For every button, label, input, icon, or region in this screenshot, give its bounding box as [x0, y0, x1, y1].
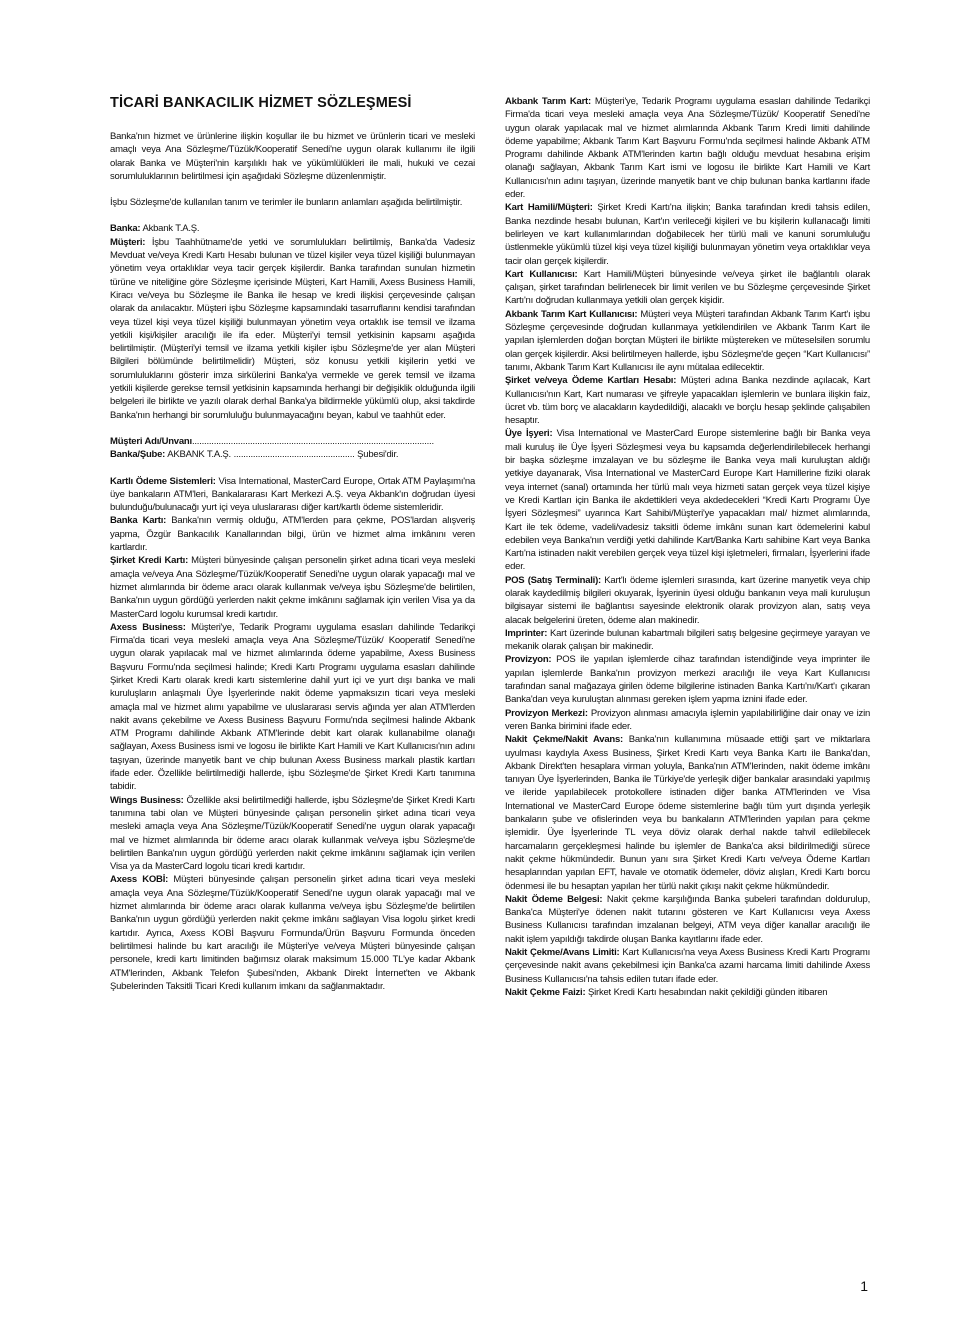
bank-branch-label: Banka/Şube: — [110, 449, 165, 460]
definition-text: Banka'nın kullanımına müsaade ettiği şar… — [505, 734, 870, 891]
left-column: TİCARİ BANKACILIK HİZMET SÖZLEŞMESİ Bank… — [110, 95, 475, 993]
definition-term: Axess Business: — [110, 622, 186, 633]
definitions-heading: İşbu Sözleşme'de kullanılan tanım ve ter… — [110, 196, 475, 209]
definition-term: Şirket Kredi Kartı: — [110, 555, 188, 566]
page-number: 1 — [860, 1278, 868, 1294]
bank-branch-suffix: Şubesi'dir. — [357, 449, 398, 460]
document-page: TİCARİ BANKACILIK HİZMET SÖZLEŞMESİ Bank… — [110, 95, 870, 999]
definition-pos-satis-terminali: POS (Satış Terminali): Kart'lı ödeme işl… — [505, 574, 870, 627]
definition-text: Visa International ve MasterCard Europe … — [505, 428, 870, 572]
definition-term: POS (Satış Terminali): — [505, 575, 601, 586]
definition-term: Akbank Tarım Kart Kullanıcısı: — [505, 309, 637, 320]
definition-kart-hamili-musteri: Kart Hamili/Müşteri: Şirket Kredi Kartı'… — [505, 201, 870, 267]
definition-term: Imprinter: — [505, 628, 547, 639]
definition-term: Nakit Çekme Faizi: — [505, 987, 585, 998]
definition-term: Şirket ve/veya Ödeme Kartları Hesabı: — [505, 375, 676, 386]
definition-term: Provizyon: — [505, 654, 551, 665]
definition-term: Wings Business: — [110, 795, 184, 806]
definition-text: Müşteri bünyesinde çalışan personelin şi… — [110, 874, 475, 991]
definition-term: Nakit Ödeme Belgesi: — [505, 894, 602, 905]
definition-wings-business: Wings Business: Özellikle aksi belirtilm… — [110, 794, 475, 874]
customer-name-label: Müşteri Adı/Unvanı — [110, 436, 192, 447]
right-column: Akbank Tarım Kart: Müşteri'ye, Tedarik P… — [505, 95, 870, 999]
definition-akbank-tarim-kart-kullanicisi: Akbank Tarım Kart Kullanıcısı: Müşteri v… — [505, 308, 870, 374]
definition-term: Akbank Tarım Kart: — [505, 96, 591, 107]
definition-term: Nakit Çekme/Avans Limiti: — [505, 947, 619, 958]
bank-branch-value: AKBANK T.A.Ş. — [167, 449, 231, 460]
definition-akbank-tarim-kart: Akbank Tarım Kart: Müşteri'ye, Tedarik P… — [505, 95, 870, 201]
definition-term: Banka Kartı: — [110, 515, 166, 526]
definition-term: Provizyon Merkezi: — [505, 708, 588, 719]
definition-nakit-odeme-belgesi: Nakit Ödeme Belgesi: Nakit çekme karşılı… — [505, 893, 870, 946]
definition-text: Akbank T.A.Ş. — [142, 223, 199, 234]
definition-term: Kart Kullanıcısı: — [505, 269, 577, 280]
definition-axess-kobi: Axess KOBİ: Müşteri bünyesinde çalışan p… — [110, 873, 475, 993]
definition-term: Müşteri: — [110, 237, 145, 248]
definition-nakit-cekme-faizi: Nakit Çekme Faizi: Şirket Kredi Kartı he… — [505, 986, 870, 999]
definition-text: Şirket Kredi Kartı hesabından nakit çeki… — [588, 987, 827, 998]
document-title: TİCARİ BANKACILIK HİZMET SÖZLEŞMESİ — [110, 95, 475, 111]
bank-branch-line: Banka/Şube: AKBANK T.A.Ş. ..............… — [110, 448, 475, 461]
definition-text: Özellikle aksi belirtilmediği hallerde, … — [110, 795, 475, 872]
definition-text: İşbu Taahhütname'de yetki ve sorumlulukl… — [110, 237, 475, 421]
customer-name-blank: ........................................… — [192, 436, 434, 447]
definition-sirket-kredi-karti: Şirket Kredi Kartı: Müşteri bünyesinde ç… — [110, 554, 475, 620]
definition-nakit-cekme-nakit-avans: Nakit Çekme/Nakit Avans: Banka'nın kulla… — [505, 733, 870, 893]
customer-name-line: Müşteri Adı/Unvanı......................… — [110, 435, 475, 448]
definition-provizyon-merkezi: Provizyon Merkezi: Provizyon alınması am… — [505, 707, 870, 734]
definition-term: Üye İşyeri: — [505, 428, 552, 439]
definition-term: Banka: — [110, 223, 140, 234]
definition-term: Nakit Çekme/Nakit Avans: — [505, 734, 623, 745]
intro-paragraph: Banka'nın hizmet ve ürünlerine ilişkin k… — [110, 130, 475, 183]
definition-uye-isyeri: Üye İşyeri: Visa International ve Master… — [505, 427, 870, 573]
definition-kartli-odeme-sistemleri: Kartlı Ödeme Sistemleri: Visa Internatio… — [110, 475, 475, 515]
definition-term: Axess KOBİ: — [110, 874, 168, 885]
definition-text: Müşteri'ye, Tedarik Programı uygulama es… — [505, 96, 870, 200]
definition-axess-business: Axess Business: Müşteri'ye, Tedarik Prog… — [110, 621, 475, 794]
bank-branch-blank: ........................................… — [234, 449, 355, 460]
definition-provizyon: Provizyon: POS ile yapılan işlemlerde ci… — [505, 653, 870, 706]
definition-banka-karti: Banka Kartı: Banka'nın vermiş olduğu, AT… — [110, 514, 475, 554]
definition-nakit-cekme-avans-limiti: Nakit Çekme/Avans Limiti: Kart Kullanıcı… — [505, 946, 870, 986]
document-columns: TİCARİ BANKACILIK HİZMET SÖZLEŞMESİ Bank… — [110, 95, 870, 999]
definition-term: Kartlı Ödeme Sistemleri: — [110, 476, 216, 487]
definition-text: Müşteri'ye, Tedarik Programı uygulama es… — [110, 622, 475, 793]
definition-musteri: Müşteri: İşbu Taahhütname'de yetki ve so… — [110, 236, 475, 422]
definition-kart-kullanicisi: Kart Kullanıcısı: Kart Hamili/Müşteri bü… — [505, 268, 870, 308]
definition-text: Kart üzerinde bulunan kabartmalı bilgile… — [505, 628, 870, 652]
definition-imprinter: Imprinter: Kart üzerinde bulunan kabartm… — [505, 627, 870, 654]
definition-text: POS ile yapılan işlemlerde cihaz tarafın… — [505, 654, 870, 705]
definition-sirket-odeme-kartlari-hesabi: Şirket ve/veya Ödeme Kartları Hesabı: Mü… — [505, 374, 870, 427]
definition-term: Kart Hamili/Müşteri: — [505, 202, 593, 213]
definition-banka: Banka: Akbank T.A.Ş. — [110, 222, 475, 235]
